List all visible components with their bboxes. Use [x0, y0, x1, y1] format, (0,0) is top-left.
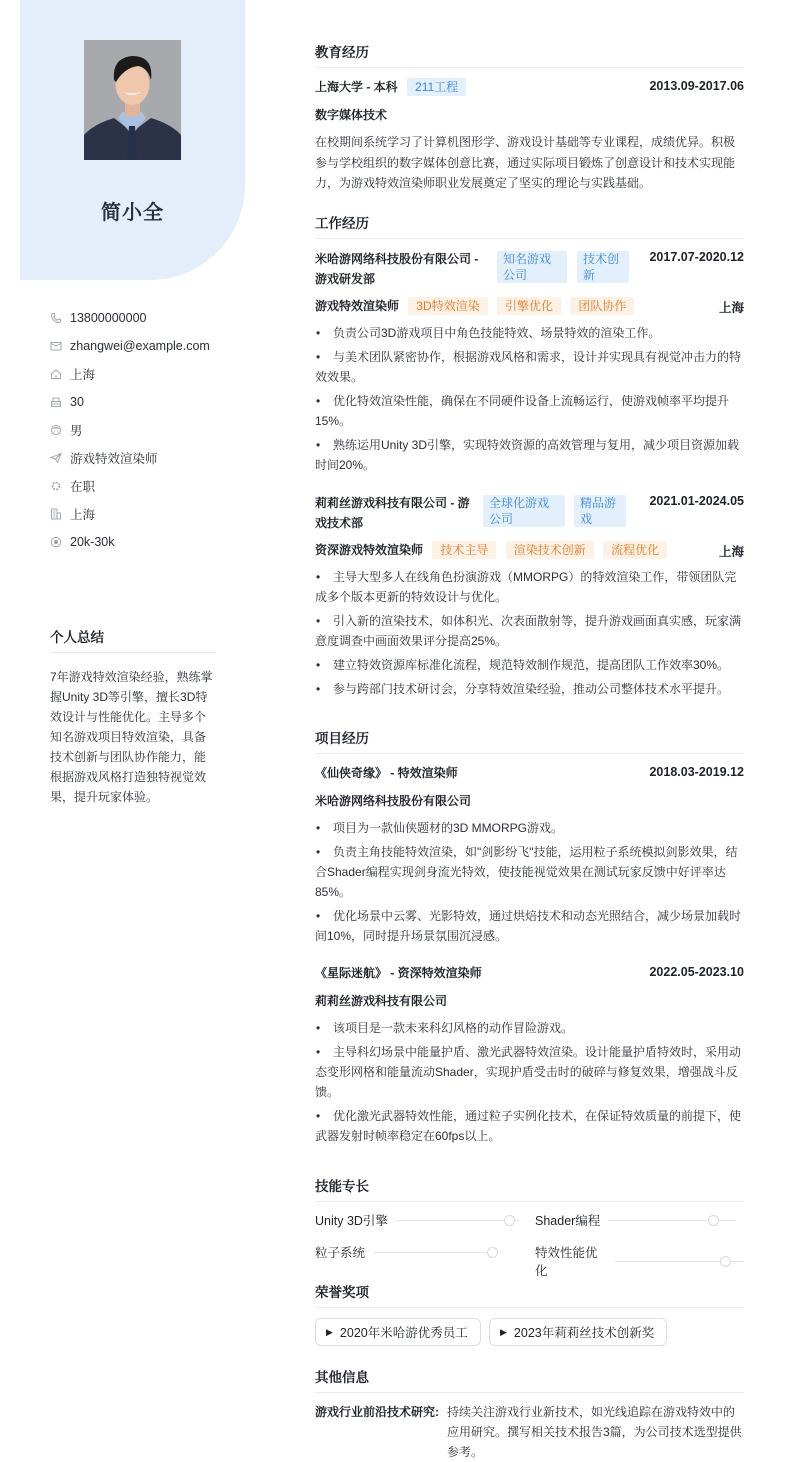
- work-role-row: 资深游戏特效渲染师 技术主导 渲染技术创新 流程优化 上海: [315, 541, 744, 559]
- skill-item: Shader编程: [535, 1211, 736, 1229]
- project-bullet: 优化激光武器特效性能，通过粒子实例化技术，在保证特效质量的前提下，使武器发射时帧…: [315, 1106, 744, 1146]
- work-bullet: 与美术团队紧密协作，根据游戏风格和需求，设计并实现具有视觉冲击力的特效效果。: [315, 347, 744, 387]
- section-title-projects: 项目经历: [315, 727, 744, 754]
- profile-name: 简小全: [20, 196, 245, 225]
- project-bullet: 优化场景中云雾、光影特效，通过烘焙技术和动态光照结合，减少场景加载时间10%，同…: [315, 906, 744, 946]
- play-triangle-icon: ▶: [500, 1327, 507, 1338]
- contact-city: 上海: [50, 500, 210, 528]
- summary-text: 7年游戏特效渲染经验，熟练掌握Unity 3D等引擎，擅长3D特效设计与性能优化…: [50, 667, 216, 807]
- contact-value: 在职: [70, 477, 95, 495]
- work-bullet: 负责公司3D游戏项目中角色技能特效、场景特效的渲染工作。: [315, 323, 744, 343]
- contact-phone: 13800000000: [50, 304, 210, 332]
- skill-name: 特效性能优化: [535, 1243, 607, 1279]
- section-title-awards: 荣誉奖项: [315, 1281, 744, 1308]
- skill-name: Shader编程: [535, 1211, 600, 1229]
- contact-salary: 20k-30k: [50, 528, 210, 556]
- salary-icon: [50, 536, 62, 548]
- building-icon: [50, 508, 62, 520]
- work-item: 米哈游网络科技股份有限公司 - 游戏研发部 知名游戏公司 技术创新 2017.0…: [315, 249, 744, 289]
- sidebar: 简小全 13800000000 zhangwei@example.com 上海 …: [0, 0, 270, 1462]
- profile-panel: 简小全: [20, 0, 245, 280]
- section-title-skills: 技能专长: [315, 1175, 744, 1202]
- work-skill-tag: 引擎优化: [497, 297, 561, 315]
- contact-value: zhangwei@example.com: [70, 339, 210, 353]
- work-bullets: 负责公司3D游戏项目中角色技能特效、场景特效的渲染工作。 与美术团队紧密协作，根…: [315, 323, 744, 479]
- skill-bar: [373, 1252, 501, 1253]
- home-icon: [50, 368, 62, 380]
- contact-value: 游戏特效渲染师: [70, 449, 158, 467]
- contact-position: 游戏特效渲染师: [50, 444, 210, 472]
- education-school: 上海大学 - 本科: [315, 80, 398, 94]
- phone-icon: [50, 312, 62, 324]
- section-title-other: 其他信息: [315, 1366, 744, 1393]
- contact-home: 上海: [50, 360, 210, 388]
- project-name: 《星际迷航》 - 资深特效渲染师: [315, 966, 482, 980]
- project-bullets: 该项目是一款未来科幻风格的动作冒险游戏。 主导科幻场景中能量护盾、激光武器特效渲…: [315, 1018, 744, 1150]
- project-header: 《仙侠奇缘》 - 特效渲染师 2018.03-2019.12: [315, 764, 744, 781]
- project-bullet: 该项目是一款未来科幻风格的动作冒险游戏。: [315, 1018, 744, 1038]
- work-company: 莉莉丝游戏科技有限公司 - 游戏技术部: [315, 493, 477, 533]
- work-tag: 精品游戏: [574, 495, 626, 527]
- education-date: 2013.09-2017.06: [649, 79, 744, 93]
- summary-section: 个人总结 7年游戏特效渲染经验，熟练掌握Unity 3D等引擎，擅长3D特效设计…: [50, 626, 216, 807]
- contact-value: 上海: [70, 505, 95, 523]
- work-role-row: 游戏特效渲染师 3D特效渲染 引擎优化 团队协作 上海: [315, 297, 744, 315]
- contact-email: zhangwei@example.com: [50, 332, 210, 360]
- work-bullet: 引入新的渲染技术，如体积光、次表面散射等，提升游戏画面真实感，玩家满意度调查中画…: [315, 611, 744, 651]
- contact-value: 30: [70, 395, 84, 409]
- project-header: 《星际迷航》 - 资深特效渲染师 2022.05-2023.10: [315, 964, 744, 981]
- work-bullet: 参与跨部门技术研讨会，分享特效渲染经验，推动公司整体技术水平提升。: [315, 679, 744, 699]
- work-skill-tag: 技术主导: [432, 541, 496, 559]
- gender-icon: [50, 424, 62, 436]
- work-skill-tag: 团队协作: [570, 297, 634, 315]
- education-header: 上海大学 - 本科 211工程 2013.09-2017.06: [315, 78, 744, 96]
- work-tag: 技术创新: [577, 251, 629, 283]
- section-title-education: 教育经历: [315, 41, 744, 68]
- status-icon: [50, 480, 62, 492]
- project-bullets: 项目为一款仙侠题材的3D MMORPG游戏。 负责主角技能特效渲染，如"剑影纷飞…: [315, 818, 744, 950]
- award-label: 2023年莉莉丝技术创新奖: [514, 1323, 654, 1341]
- work-date: 2021.01-2024.05: [649, 494, 744, 508]
- work-bullet: 主导大型多人在线角色扮演游戏（MMORPG）的特效渲染工作，带领团队完成多个版本…: [315, 567, 744, 607]
- contact-value: 20k-30k: [70, 535, 114, 549]
- summary-title: 个人总结: [50, 626, 216, 653]
- project-date: 2022.05-2023.10: [649, 965, 744, 979]
- contact-value: 13800000000: [70, 311, 146, 325]
- work-bullet: 建立特效资源库标准化流程，规范特效制作规范，提高团队工作效率30%。: [315, 655, 744, 675]
- skill-bar: [608, 1220, 736, 1221]
- skill-bar: [615, 1261, 744, 1262]
- work-date: 2017.07-2020.12: [649, 250, 744, 264]
- award-label: 2020年米哈游优秀员工: [340, 1323, 468, 1341]
- skill-level-knob: [487, 1247, 498, 1258]
- work-item: 莉莉丝游戏科技有限公司 - 游戏技术部 全球化游戏公司 精品游戏 2021.01…: [315, 493, 744, 533]
- age-icon: [50, 396, 62, 408]
- project-bullet: 负责主角技能特效渲染，如"剑影纷飞"技能，运用粒子系统模拟剑影效果，结合Shad…: [315, 842, 744, 902]
- other-info-label: 游戏行业前沿技术研究:: [315, 1402, 439, 1422]
- project-date: 2018.03-2019.12: [649, 765, 744, 779]
- work-location: 上海: [719, 298, 744, 316]
- contact-list: 13800000000 zhangwei@example.com 上海 30 男: [50, 304, 210, 556]
- work-location: 上海: [719, 542, 744, 560]
- award-item[interactable]: ▶ 2023年莉莉丝技术创新奖: [489, 1318, 667, 1346]
- work-role: 资深游戏特效渲染师: [315, 543, 423, 557]
- work-tag: 全球化游戏公司: [483, 495, 565, 527]
- mail-icon: [50, 340, 62, 352]
- skill-name: 粒子系统: [315, 1243, 365, 1261]
- education-major: 数字媒体技术: [315, 106, 744, 123]
- contact-value: 上海: [70, 365, 95, 383]
- work-skill-tag: 流程优化: [603, 541, 667, 559]
- contact-status: 在职: [50, 472, 210, 500]
- profile-photo: [84, 40, 181, 160]
- project-company: 莉莉丝游戏科技有限公司: [315, 992, 744, 1009]
- skill-level-knob: [504, 1215, 515, 1226]
- work-company: 米哈游网络科技股份有限公司 - 游戏研发部: [315, 249, 487, 289]
- skill-level-knob: [708, 1215, 719, 1226]
- skill-level-knob: [720, 1256, 731, 1267]
- work-bullet: 熟练运用Unity 3D引擎，实现特效资源的高效管理与复用，减少项目资源加载时间…: [315, 435, 744, 475]
- education-tag: 211工程: [407, 78, 466, 96]
- work-bullet: 优化特效渲染性能，确保在不同硬件设备上流畅运行，使游戏帧率平均提升15%。: [315, 391, 744, 431]
- contact-age: 30: [50, 388, 210, 416]
- project-name: 《仙侠奇缘》 - 特效渲染师: [315, 766, 458, 780]
- award-item[interactable]: ▶ 2020年米哈游优秀员工: [315, 1318, 481, 1346]
- work-tag: 知名游戏公司: [497, 251, 567, 283]
- skill-item: Unity 3D引擎: [315, 1211, 519, 1229]
- section-title-work: 工作经历: [315, 212, 744, 239]
- project-bullet: 主导科幻场景中能量护盾、激光武器特效渲染。设计能量护盾特效时，采用动态变形网格和…: [315, 1042, 744, 1102]
- skill-item: 粒子系统: [315, 1243, 501, 1261]
- contact-gender: 男: [50, 416, 210, 444]
- play-triangle-icon: ▶: [326, 1327, 333, 1338]
- skill-name: Unity 3D引擎: [315, 1211, 388, 1229]
- contact-value: 男: [70, 421, 83, 439]
- skill-item: 特效性能优化: [535, 1243, 744, 1279]
- work-bullets: 主导大型多人在线角色扮演游戏（MMORPG）的特效渲染工作，带领团队完成多个版本…: [315, 567, 744, 703]
- work-skill-tag: 3D特效渲染: [408, 297, 487, 315]
- project-bullet: 项目为一款仙侠题材的3D MMORPG游戏。: [315, 818, 744, 838]
- send-icon: [50, 452, 62, 464]
- work-skill-tag: 渲染技术创新: [506, 541, 594, 559]
- other-info-text: 持续关注游戏行业新技术，如光线追踪在游戏特效中的应用研究。撰写相关技术报告3篇，…: [447, 1402, 744, 1462]
- project-company: 米哈游网络科技股份有限公司: [315, 792, 744, 809]
- skill-bar: [396, 1220, 519, 1221]
- work-role: 游戏特效渲染师: [315, 299, 399, 313]
- education-description: 在校期间系统学习了计算机图形学、游戏设计基础等专业课程，成绩优异。积极参与学校组…: [315, 132, 744, 194]
